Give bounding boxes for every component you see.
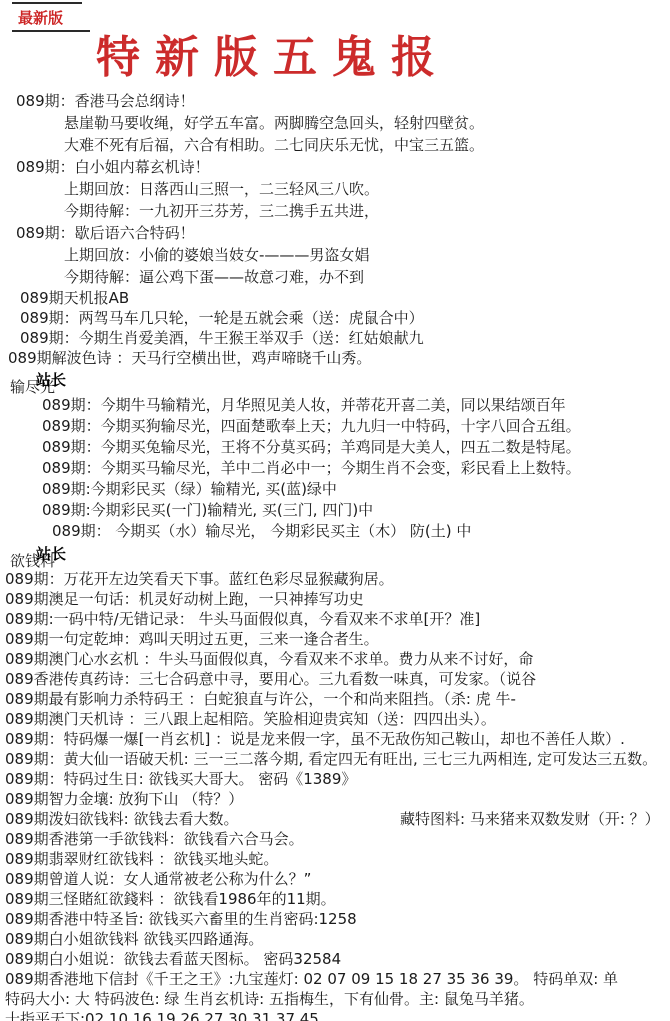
text-line: 089期:今期彩民买（绿）输精光, 买(蓝)绿中 [42, 479, 670, 500]
line-text: 上期回放：日落西山三照一，二三轻风三八吹。 [64, 180, 379, 198]
text-line: 089期白小姐说：欲钱去看蓝天图标。 密码32584 [5, 949, 670, 969]
line-text: 089期：黄大仙一语破天机: 三一三二落今期, 看定四无有旺出, 三七三九两相连… [5, 750, 657, 768]
line-text: 089期澳门天机诗 ：三八跟上起相陪。笑脸相迎贵宾知（送：四四出头）。 [5, 710, 496, 728]
line-text: 089期白小姐说：欲钱去看蓝天图标。 密码32584 [5, 950, 341, 968]
text-line: 089期： 今期买（水）输尽光， 今期彩民买主（木） 防(土) 中 [52, 521, 670, 542]
line-text: 089期：今期买狗输尽光，四面楚歌奉上天；九九归一中特码，十字八回合五组。 [42, 417, 581, 435]
line-text: 089期： 今期买（水）输尽光， 今期彩民买主（木） 防(土) 中 [52, 522, 471, 540]
line-text: 089期智力金壤: 放狗下山 （特？） [5, 790, 243, 808]
text-line: 089期曾道人说：女人通常被老公称为什么？” [5, 869, 670, 889]
line-text: 089期香港中特圣旨: 欲钱买六畜里的生肖密码:1258 [5, 910, 357, 928]
line-text: 089期三怪賭紅欲錢料 ：欲钱看1986年的11期。 [5, 890, 336, 908]
badge-bottom-rule [12, 30, 90, 32]
line-text: 089期:一码中特/无错记录： 牛头马面假似真，今看双来不求单[开？准] [5, 610, 480, 628]
line-text: 089期香港地下信封《千王之王》:九宝莲灯: 02 07 09 15 18 27… [5, 970, 618, 988]
text-line: 089期:一码中特/无错记录： 牛头马面假似真，今看双来不求单[开？准] [5, 609, 670, 629]
text-line: 089期：两驾马车几只轮，一轮是五就会乘（送：虎鼠合中） [20, 308, 670, 328]
line-text: 089期:今期彩民买（绿）输精光, 买(蓝)绿中 [42, 480, 337, 498]
text-line: 089期香港第一手欲钱料：欲钱看六合马会。 [5, 829, 670, 849]
text-line: 089期白小姐欲钱料 欲钱买四路通海。 [5, 929, 670, 949]
text-line: 089期：万花开左边笑看天下事。蓝红色彩尽显猴藏狗居。 [5, 569, 670, 589]
text-line: 特码大小: 大 特码波色: 绿 生肖玄机诗: 五指梅生，下有仙骨。主: 鼠兔马羊… [5, 989, 670, 1009]
text-line: 089期：黄大仙一语破天机: 三一三二落今期, 看定四无有旺出, 三七三九两相连… [5, 749, 670, 769]
text-line: 089期香港中特圣旨: 欲钱买六畜里的生肖密码:1258 [5, 909, 670, 929]
line-text: 089期：白小姐内幕玄机诗！ [16, 158, 210, 176]
line-text: 089期白小姐欲钱料 欲钱买四路通海。 [5, 930, 263, 948]
line-text: 今期待解：逼公鸡下蛋——故意刁难，办不到 [64, 268, 364, 286]
line-text: 089期解波色诗 ：天马行空横出世，鸡声啼晓千山秀。 [8, 349, 371, 367]
line-text: 089香港传真药诗：三七合码意中寻，要用心。三九看数一味真，可发家。（说谷 [5, 670, 536, 688]
line-text: 089期澳足一句话：机灵好动树上跑，一只神捧写功史 [5, 590, 364, 608]
line-text: 089期：今期买兔输尽光，王将不分莫买码；羊鸡同是大美人，四五二数是特尾。 [42, 438, 581, 456]
section-watermark: 欲钱料站长 [10, 542, 670, 569]
five-ghost-report-page: 最新版 特新版五鬼报 089期：香港马会总纲诗！悬崖勒马要收绳，好学五车富。两脚… [0, 0, 670, 1021]
text-line: 089香港传真药诗：三七合码意中寻，要用心。三九看数一味真，可发家。（说谷 [5, 669, 670, 689]
text-line: 089期：今期买狗输尽光，四面楚歌奉上天；九九归一中特码，十字八回合五组。 [42, 416, 670, 437]
watermark-overlay-text: 站长 [36, 543, 66, 564]
page-title: 特新版五鬼报 [96, 32, 670, 84]
text-line: 089期：特码爆一爆[一肖玄机] ：说是龙来假一字，虽不无敌伤知己鞍山，却也不善… [5, 729, 670, 749]
text-line: 089期澳门天机诗 ：三八跟上起相陪。笑脸相迎贵宾知（送：四四出头）。 [5, 709, 670, 729]
text-line: 089期澳足一句话：机灵好动树上跑，一只神捧写功史 [5, 589, 670, 609]
line-text: 089期泼妇欲钱料: 欲钱去看大数。 [5, 810, 238, 828]
right-note: 藏特图料: 马来猪来双数发财（开: ？） [400, 809, 660, 829]
line-text: 089期：特码爆一爆[一肖玄机] ：说是龙来假一字，虽不无敌伤知己鞍山，却也不善… [5, 730, 625, 748]
line-text: 089期:今期彩民买(一门)输精光, 买(三门, 四门)中 [42, 501, 373, 519]
text-line: 大难不死有后福，六合有相助。二七同庆乐无忧，中宝三五篮。 [64, 134, 670, 156]
text-line: 089期一句定乾坤：鸡叫天明过五更，三来一逢合者生。 [5, 629, 670, 649]
line-text: 089期最有影响力杀特码王 ：白蛇狼直与许公，一个和尚来阻挡。（杀: 虎 牛- [5, 690, 516, 708]
line-text: 089期：香港马会总纲诗！ [16, 92, 195, 110]
text-line: 089期：白小姐内幕玄机诗！ [16, 156, 670, 178]
line-text: 089期香港第一手欲钱料：欲钱看六合马会。 [5, 830, 304, 848]
line-text: 089期：今期牛马输精光，月华照见美人妆，并蒂花开喜二美，同以果结颂百年 [42, 396, 566, 414]
text-line: 089期：今期买马输尽光，羊中二肖必中一；今期生肖不会变，彩民看上上数特。 [42, 458, 670, 479]
line-text: 大难不死有后福，六合有相助。二七同庆乐无忧，中宝三五篮。 [64, 136, 484, 154]
text-line: 十指平天下:02 10 16 19 26 27 30 31 37 45 。 [5, 1009, 670, 1021]
text-line: 089期：今期牛马输精光，月华照见美人妆，并蒂花开喜二美，同以果结颂百年 [42, 395, 670, 416]
line-text: 089期澳门心水玄机 ：牛头马面假似真，今看双来不求单。费力从来不讨好，命 [5, 650, 533, 668]
lines: 089期：香港马会总纲诗！悬崖勒马要收绳，好学五车富。两脚腾空急回头，轻射四壁贫… [0, 90, 670, 1021]
line-text: 089期：两驾马车几只轮，一轮是五就会乘（送：虎鼠合中） [20, 309, 424, 327]
text-line: 今期待解：一九初开三芬芳，三二携手五共进， [64, 200, 670, 222]
text-line: 089期：歇后语六合特码！ [16, 222, 670, 244]
line-text: 089期：特码过生日: 欲钱买大哥大。 密码《1389》 [5, 770, 356, 788]
edition-badge: 最新版 [18, 7, 63, 28]
watermark-overlay-text: 站长 [36, 369, 66, 390]
text-line: 今期待解：逼公鸡下蛋——故意刁难，办不到 [64, 266, 670, 288]
text-line: 上期回放：小偷的婆娘当妓女-———男盗女娼 [64, 244, 670, 266]
text-line: 089期智力金壤: 放狗下山 （特？） [5, 789, 670, 809]
text-line: 089期解波色诗 ：天马行空横出世，鸡声啼晓千山秀。 [8, 348, 670, 368]
text-line: 089期：特码过生日: 欲钱买大哥大。 密码《1389》 [5, 769, 670, 789]
line-text: 089期：今期买马输尽光，羊中二肖必中一；今期生肖不会变，彩民看上上数特。 [42, 459, 581, 477]
text-line: 上期回放：日落西山三照一，二三轻风三八吹。 [64, 178, 670, 200]
line-text: 悬崖勒马要收绳，好学五车富。两脚腾空急回头，轻射四壁贫。 [64, 114, 484, 132]
text-line: 089期澳门心水玄机 ：牛头马面假似真，今看双来不求单。费力从来不讨好，命 [5, 649, 670, 669]
text-line: 089期三怪賭紅欲錢料 ：欲钱看1986年的11期。 [5, 889, 670, 909]
text-line: 089期泼妇欲钱料: 欲钱去看大数。藏特图料: 马来猪来双数发财（开: ？） [5, 809, 670, 829]
line-text: 089期：万花开左边笑看天下事。蓝红色彩尽显猴藏狗居。 [5, 570, 394, 588]
line-text: 089期：歇后语六合特码！ [16, 224, 195, 242]
text-line: 089期翡翠财红欲钱料 ：欲钱买地头蛇。 [5, 849, 670, 869]
line-text: 089期一句定乾坤：鸡叫天明过五更，三来一逢合者生。 [5, 630, 379, 648]
text-line: 089期天机报AB [20, 288, 670, 308]
header-badge-row: 最新版 [0, 0, 670, 32]
text-line: 悬崖勒马要收绳，好学五车富。两脚腾空急回头，轻射四壁贫。 [64, 112, 670, 134]
line-text: 十指平天下:02 10 16 19 26 27 30 31 37 45 。 [5, 1010, 339, 1021]
line-text: 089期曾道人说：女人通常被老公称为什么？” [5, 870, 311, 888]
badge-top-rule [12, 2, 82, 4]
line-text: 089期：今期生肖爱美酒，牛王猴王举双手（送：红姑娘献九 [20, 329, 424, 347]
text-line: 089期最有影响力杀特码王 ：白蛇狼直与许公，一个和尚来阻挡。（杀: 虎 牛- [5, 689, 670, 709]
line-text: 今期待解：一九初开三芬芳，三二携手五共进， [64, 202, 379, 220]
line-text: 上期回放：小偷的婆娘当妓女-———男盗女娼 [64, 246, 369, 264]
text-line: 089期:今期彩民买(一门)输精光, 买(三门, 四门)中 [42, 500, 670, 521]
text-line: 089期：香港马会总纲诗！ [16, 90, 670, 112]
line-text: 特码大小: 大 特码波色: 绿 生肖玄机诗: 五指梅生，下有仙骨。主: 鼠兔马羊… [5, 990, 534, 1008]
text-line: 089期：今期生肖爱美酒，牛王猴王举双手（送：红姑娘献九 [20, 328, 670, 348]
text-line: 089期香港地下信封《千王之王》:九宝莲灯: 02 07 09 15 18 27… [5, 969, 670, 989]
line-text: 089期天机报AB [20, 289, 129, 307]
section-watermark: 输尽光站长 [10, 368, 670, 395]
line-text: 089期翡翠财红欲钱料 ：欲钱买地头蛇。 [5, 850, 278, 868]
text-line: 089期：今期买兔输尽光，王将不分莫买码；羊鸡同是大美人，四五二数是特尾。 [42, 437, 670, 458]
